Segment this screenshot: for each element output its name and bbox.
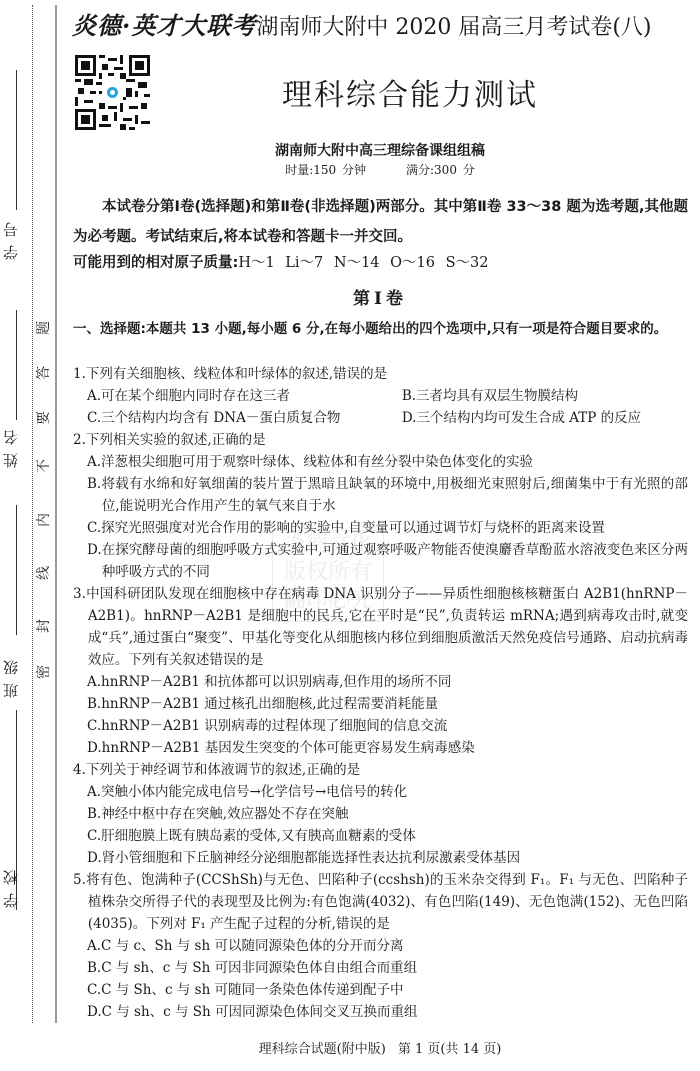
full-score: 满分:300 分: [406, 163, 475, 177]
option-b: B.将载有水绵和好氧细菌的装片置于黑暗且缺氧的环境中,用极细光束照射后,细菌集中…: [87, 473, 688, 517]
name-underline: [16, 310, 17, 420]
option-d: D.肾小管细胞和下丘脑神经分泌细胞都能选择性表达抗利尿激素受体基因: [87, 847, 688, 869]
atomic-mass-values: H～1 Li～7 N～14 O～16 S～32: [238, 255, 488, 271]
seal-char: 密: [36, 664, 52, 680]
seal-char: 题: [36, 320, 52, 336]
option-a: A.可在某个细胞内同时存在这三者: [87, 385, 402, 407]
exam-name: 湖南师大附中 2020 届高三月考试卷(八): [256, 15, 651, 40]
seal-char: 线: [36, 565, 52, 581]
option-c: C.hnRNP－A2B1 识别病毒的过程体现了细胞间的信息交流: [87, 715, 688, 737]
option-a: A.hnRNP－A2B1 和抗体都可以识别病毒,但作用的场所不同: [87, 671, 688, 693]
option-b: B.神经中枢中存在突触,效应器处不存在突触: [87, 803, 688, 825]
margin-border-line: [55, 5, 57, 1023]
question-1: 1.下列有关细胞核、线粒体和叶绿体的叙述,错误的是 A.可在某个细胞内同时存在这…: [73, 363, 688, 429]
instructions: 本试卷分第Ⅰ卷(选择题)和第Ⅱ卷(非选择题)两部分。其中第Ⅱ卷 33～38 题为…: [73, 192, 688, 252]
option-c: C.三个结构内均含有 DNA－蛋白质复合物: [87, 407, 402, 429]
brand-name: 炎德·英才大联考: [72, 11, 256, 40]
question-stem: 1.下列有关细胞核、线粒体和叶绿体的叙述,错误的是: [73, 363, 688, 385]
option-c: C.肝细胞膜上既有胰岛素的受体,又有胰高血糖素的受体: [87, 825, 688, 847]
question-3: 3.中国科研团队发现在细胞核中存在病毒 DNA 识别分子——异质性细胞核核糖蛋白…: [73, 583, 688, 759]
question-5: 5.将有色、饱满种子(CCShSh)与无色、凹陷种子(ccshsh)的玉米杂交得…: [73, 869, 688, 1023]
option-b: B.hnRNP－A2B1 通过核孔出细胞核,此过程需要消耗能量: [87, 693, 688, 715]
school-label: 学校: [2, 860, 22, 910]
name-label: 姓名: [2, 420, 22, 470]
section-heading: 一、选择题:本题共 13 小题,每小题 6 分,在每小题给出的四个选项中,只有一…: [73, 318, 688, 340]
exam-header: 炎德·英才大联考湖南师大附中 2020 届高三月考试卷(八): [72, 8, 652, 46]
option-a: A.洋葱根尖细胞可用于观察叶绿体、线粒体和有丝分裂中染色体变化的实验: [87, 451, 688, 473]
option-d: D.C 与 sh、c 与 Sh 可因同源染色体间交叉互换而重组: [87, 1001, 688, 1023]
exam-page: 学号 姓名 班级 学校 题 答 要 不 内 线 封 密 炎德·英才大联考湖南师大…: [0, 0, 700, 1071]
atomic-mass-label: 可能用到的相对原子质量:: [73, 255, 238, 271]
page-footer: 理科综合试题(附中版)第 1 页(共 14 页): [60, 1038, 700, 1057]
option-a: A.突触小体内能完成电信号→化学信号→电信号的转化: [87, 781, 688, 803]
question-stem: 3.中国科研团队发现在细胞核中存在病毒 DNA 识别分子——异质性细胞核核糖蛋白…: [73, 583, 688, 671]
option-a: A.C 与 c、Sh 与 sh 可以随同源染色体的分开而分离: [87, 935, 688, 957]
part-title: 第Ⅰ卷: [60, 284, 700, 309]
option-c: C.探究光照强度对光合作用的影响的实验中,自变量可以通过调节灯与烧杯的距离来设置: [87, 517, 688, 539]
seal-char: 要: [36, 410, 52, 426]
seal-char: 答: [36, 365, 52, 381]
class-underline: [16, 505, 17, 635]
time-score-line: 时量:150 分钟满分:300 分: [60, 161, 700, 178]
atomic-mass-line: 可能用到的相对原子质量:H～1 Li～7 N～14 O～16 S～32: [73, 253, 688, 273]
option-b: B.C 与 sh、c 与 Sh 可因非同源染色体自由组合而重组: [87, 957, 688, 979]
paper-title: 理科综合能力测试: [0, 70, 700, 114]
seal-char: 内: [36, 512, 52, 528]
question-stem: 4.下列关于神经调节和体液调节的叙述,正确的是: [73, 759, 688, 781]
seal-dotted-line: [32, 5, 33, 1023]
time-limit: 时量:150 分钟: [285, 163, 366, 177]
seal-char: 封: [36, 618, 52, 634]
option-d: D.三个结构内均可发生合成 ATP 的反应: [402, 407, 688, 429]
option-c: C.C 与 Sh、c 与 sh 可随同一条染色体传递到配子中: [87, 979, 688, 1001]
footer-subject: 理科综合试题(附中版): [259, 1042, 386, 1057]
page-number: 第 1 页(共 14 页): [398, 1042, 502, 1057]
option-d: D.在探究酵母菌的细胞呼吸方式实验中,可通过观察呼吸产物能否使溴麝香草酚蓝水溶液…: [87, 539, 688, 583]
seal-char: 不: [36, 458, 52, 474]
class-label: 班级: [2, 650, 22, 700]
question-2: 2.下列相关实验的叙述,正确的是 A.洋葱根尖细胞可用于观察叶绿体、线粒体和有丝…: [73, 429, 688, 583]
question-stem: 2.下列相关实验的叙述,正确的是: [73, 429, 688, 451]
question-4: 4.下列关于神经调节和体液调节的叙述,正确的是 A.突触小体内能完成电信号→化学…: [73, 759, 688, 869]
student-id-label: 学号: [2, 212, 22, 262]
compiler-line: 湖南师大附中高三理综备课组组稿: [60, 140, 700, 160]
question-list: 1.下列有关细胞核、线粒体和叶绿体的叙述,错误的是 A.可在某个细胞内同时存在这…: [73, 363, 688, 1023]
option-b: B.三者均具有双层生物膜结构: [402, 385, 688, 407]
question-stem: 5.将有色、饱满种子(CCShSh)与无色、凹陷种子(ccshsh)的玉米杂交得…: [73, 869, 688, 935]
option-d: D.hnRNP－A2B1 基因发生突变的个体可能更容易发生病毒感染: [87, 737, 688, 759]
